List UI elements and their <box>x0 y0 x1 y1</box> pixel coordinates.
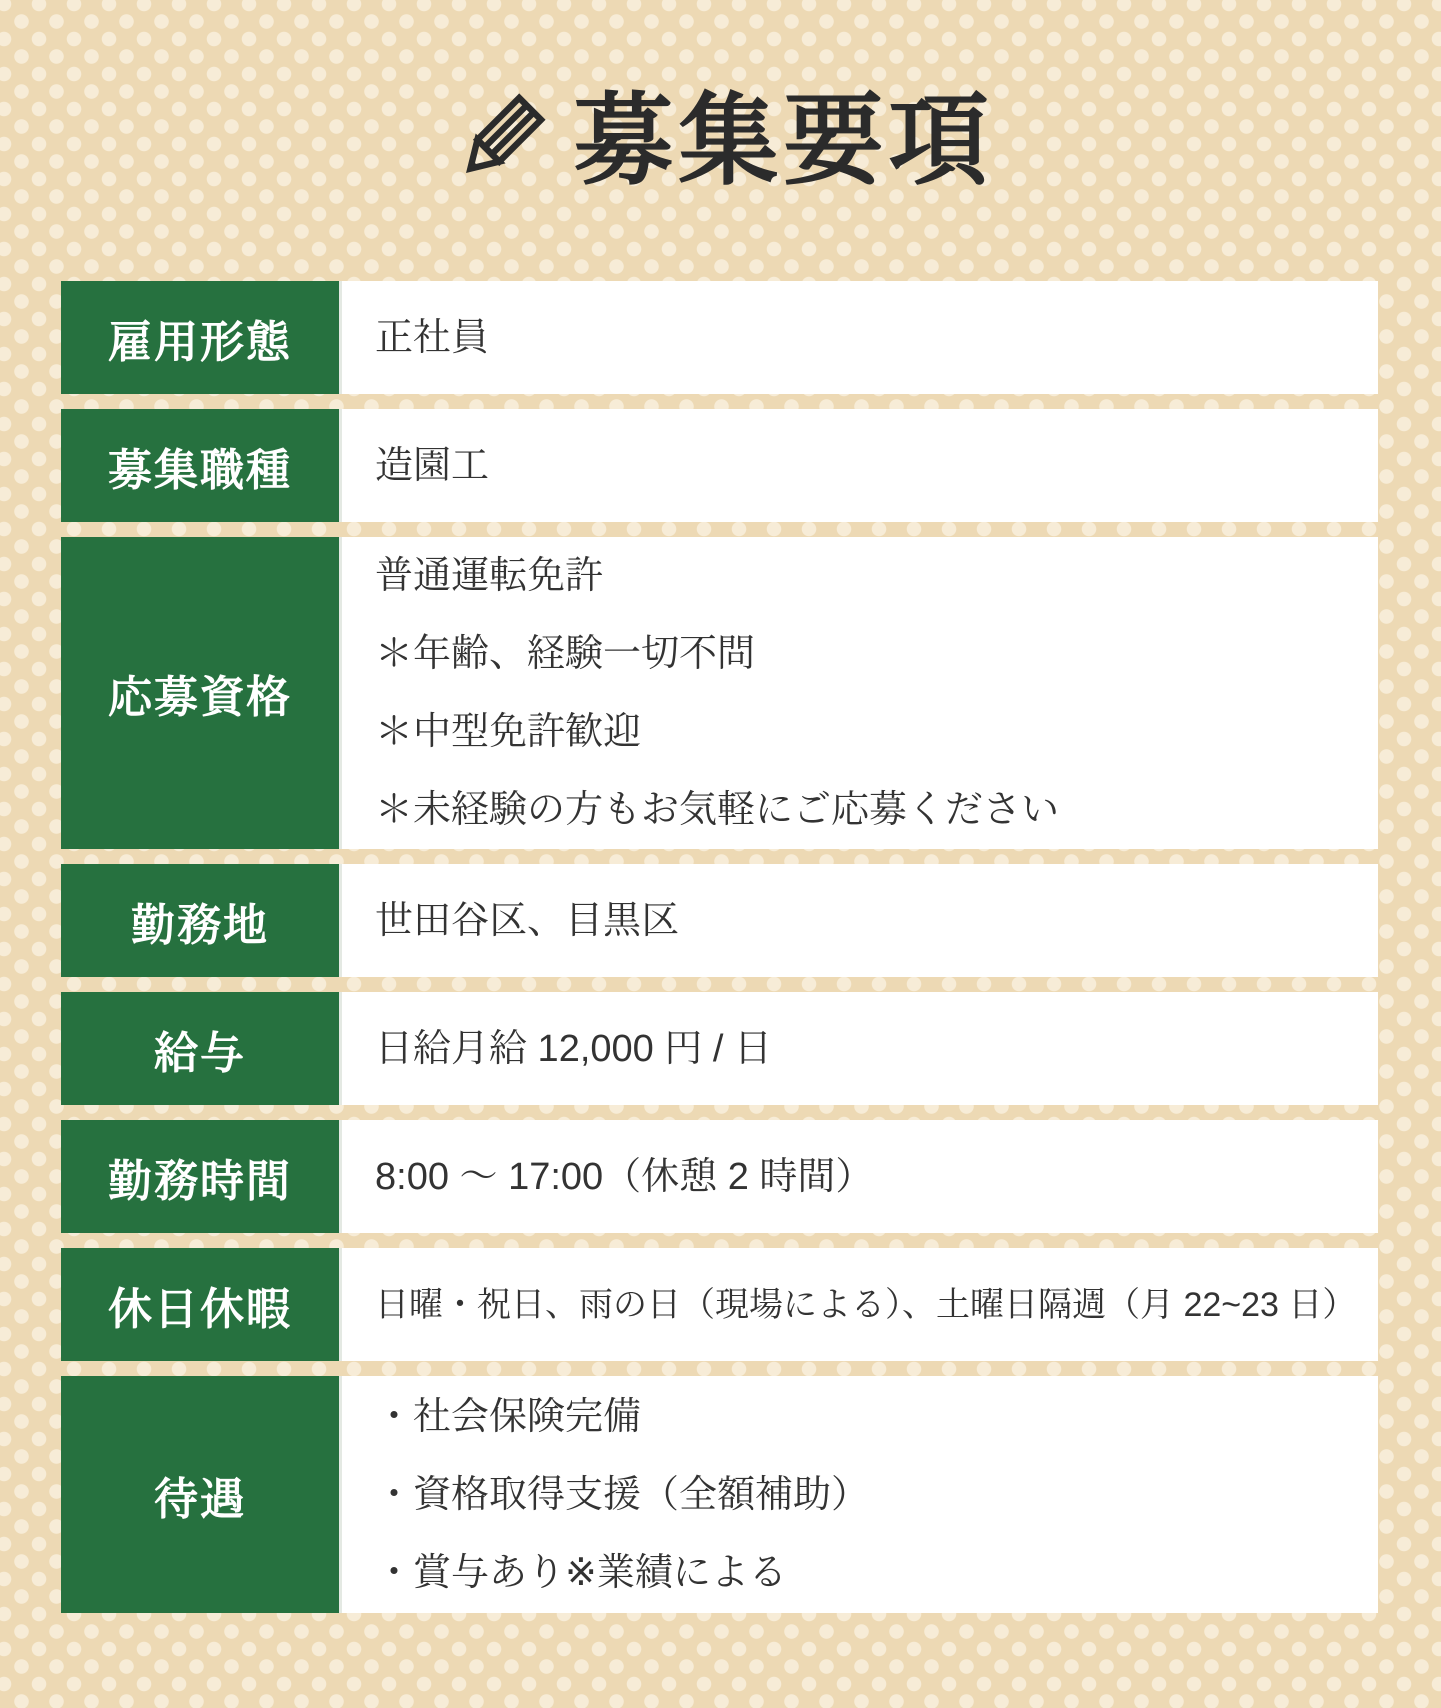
row-value: 日曜・祝日、雨の日（現場による）、土曜日隔週（月 22~23 日） <box>339 1248 1378 1361</box>
page-header: 募集要項 <box>0 0 1441 202</box>
table-row-salary: 給与 日給月給 12,000 円 / 日 <box>61 992 1378 1105</box>
table-row-work-location: 勤務地 世田谷区、目黒区 <box>61 864 1378 977</box>
recruitment-page: 募集要項 雇用形態 正社員 募集職種 造園工 応募資格 普通運転免許 ＊年齢、経… <box>0 0 1441 1708</box>
row-value-line: 普通運転免許 <box>375 537 1378 615</box>
row-value-line: 正社員 <box>375 299 1378 377</box>
row-value: 8:00 〜 17:00（休憩 2 時間） <box>339 1120 1378 1233</box>
table-row-benefits: 待遇 ・社会保険完備 ・資格取得支援（全額補助） ・賞与あり※業績による <box>61 1376 1378 1613</box>
row-label: 待遇 <box>61 1376 339 1613</box>
row-value-line: ・賞与あり※業績による <box>375 1534 1378 1612</box>
row-label: 休日休暇 <box>61 1248 339 1361</box>
row-value-line: ＊中型免許歓迎 <box>375 693 1378 771</box>
row-label: 雇用形態 <box>61 281 339 394</box>
table-row-job-category: 募集職種 造園工 <box>61 409 1378 522</box>
table-row-qualifications: 応募資格 普通運転免許 ＊年齢、経験一切不問 ＊中型免許歓迎 ＊未経験の方もお気… <box>61 537 1378 849</box>
row-value-line: ＊年齢、経験一切不問 <box>375 615 1378 693</box>
row-label: 給与 <box>61 992 339 1105</box>
recruitment-table: 雇用形態 正社員 募集職種 造園工 応募資格 普通運転免許 ＊年齢、経験一切不問… <box>61 281 1378 1613</box>
row-value: 世田谷区、目黒区 <box>339 864 1378 977</box>
row-label: 勤務地 <box>61 864 339 977</box>
row-value-line: ＊未経験の方もお気軽にご応募ください <box>375 771 1378 849</box>
row-value-line: 日給月給 12,000 円 / 日 <box>375 1010 1378 1088</box>
row-label: 応募資格 <box>61 537 339 849</box>
row-value: 造園工 <box>339 409 1378 522</box>
row-value-line: 日曜・祝日、雨の日（現場による）、土曜日隔週（月 22~23 日） <box>375 1266 1378 1344</box>
row-value: ・社会保険完備 ・資格取得支援（全額補助） ・賞与あり※業績による <box>339 1376 1378 1613</box>
row-value-line: 8:00 〜 17:00（休憩 2 時間） <box>375 1138 1378 1216</box>
table-row-employment-type: 雇用形態 正社員 <box>61 281 1378 394</box>
pencil-icon <box>448 87 548 195</box>
page-title: 募集要項 <box>574 91 994 191</box>
row-value: 普通運転免許 ＊年齢、経験一切不問 ＊中型免許歓迎 ＊未経験の方もお気軽にご応募… <box>339 537 1378 849</box>
table-row-work-hours: 勤務時間 8:00 〜 17:00（休憩 2 時間） <box>61 1120 1378 1233</box>
row-value: 正社員 <box>339 281 1378 394</box>
table-row-holidays: 休日休暇 日曜・祝日、雨の日（現場による）、土曜日隔週（月 22~23 日） <box>61 1248 1378 1361</box>
row-label: 勤務時間 <box>61 1120 339 1233</box>
row-value: 日給月給 12,000 円 / 日 <box>339 992 1378 1105</box>
row-value-line: ・社会保険完備 <box>375 1378 1378 1456</box>
row-value-line: 造園工 <box>375 427 1378 505</box>
row-label: 募集職種 <box>61 409 339 522</box>
row-value-line: ・資格取得支援（全額補助） <box>375 1456 1378 1534</box>
row-value-line: 世田谷区、目黒区 <box>375 882 1378 960</box>
